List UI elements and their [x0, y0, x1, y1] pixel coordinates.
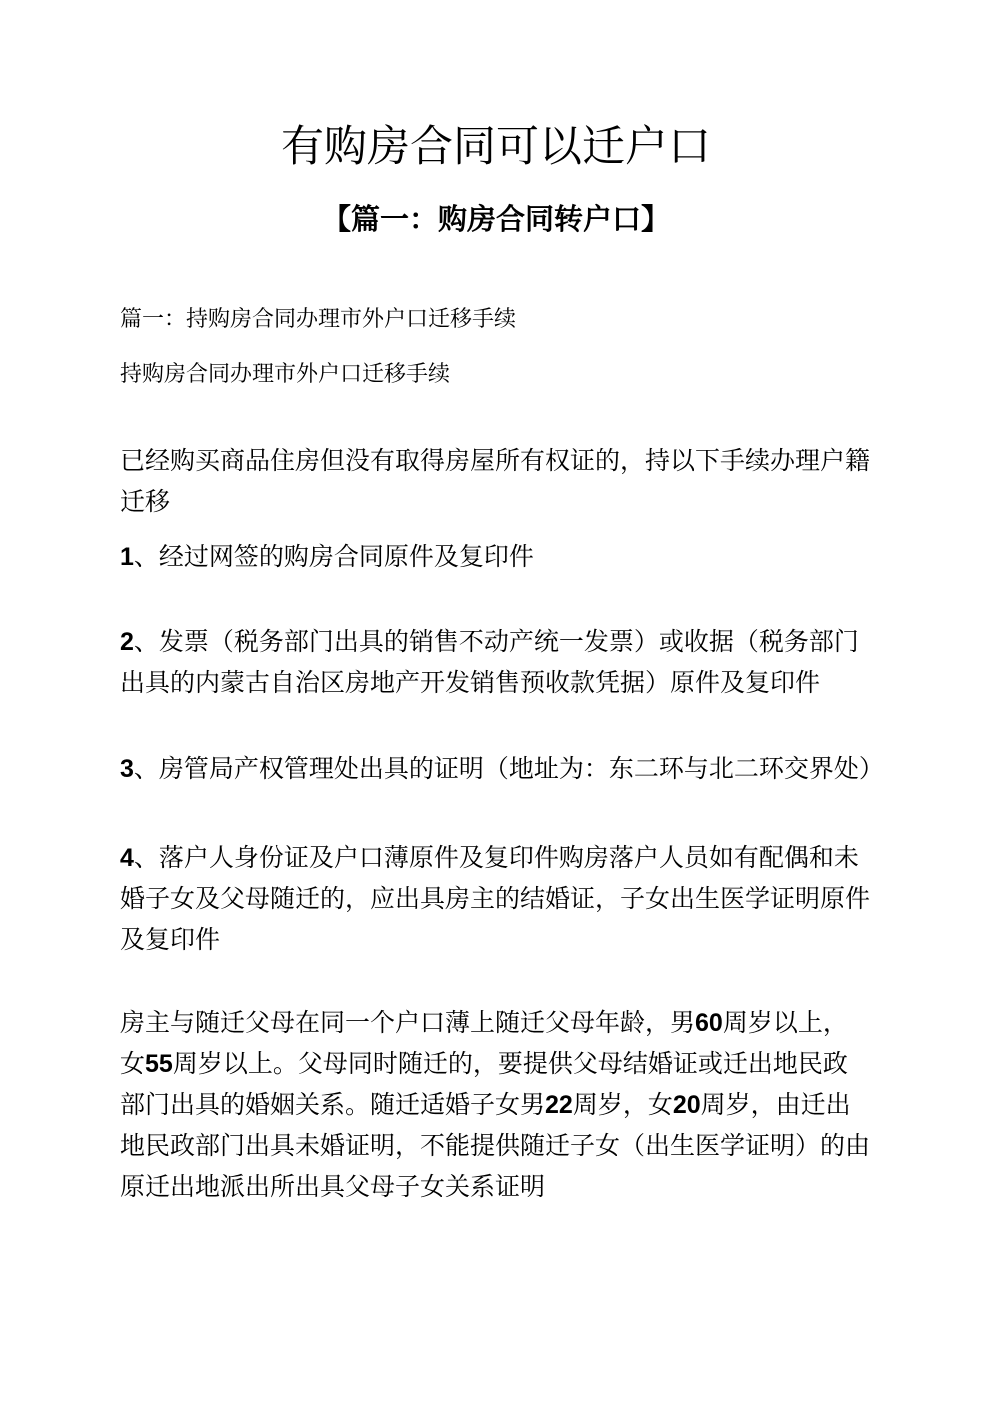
heading-line-2: 持购房合同办理市外户口迁移手续: [120, 358, 872, 390]
heading-line-1: 篇一：持购房合同办理市外户口迁移手续: [120, 303, 872, 335]
document-content: 有购房合同可以迁户口 【篇一：购房合同转户口】 篇一：持购房合同办理市外户口迁移…: [120, 122, 872, 1208]
document-page: 有购房合同可以迁户口 【篇一：购房合同转户口】 篇一：持购房合同办理市外户口迁移…: [0, 0, 993, 1404]
list-item-3: 3、房管局产权管理处出具的证明（地址为：东二环与北二环交界处）: [120, 749, 872, 790]
section-heading: 【篇一：购房合同转户口】: [120, 201, 872, 239]
closing-paragraph: 房主与随迁父母在同一个户口薄上随迁父母年龄，男60周岁以上，女55周岁以上。父母…: [120, 1003, 872, 1208]
page-title: 有购房合同可以迁户口: [120, 122, 872, 174]
list-item-2: 2、发票（税务部门出具的销售不动产统一发票）或收据（税务部门出具的内蒙古自治区房…: [120, 622, 872, 704]
intro-paragraph: 已经购买商品住房但没有取得房屋所有权证的，持以下手续办理户籍迁移: [120, 441, 872, 523]
list-item-4: 4、落户人身份证及户口薄原件及复印件购房落户人员如有配偶和未婚子女及父母随迁的，…: [120, 838, 872, 961]
list-item-1: 1、经过网签的购房合同原件及复印件: [120, 537, 872, 578]
